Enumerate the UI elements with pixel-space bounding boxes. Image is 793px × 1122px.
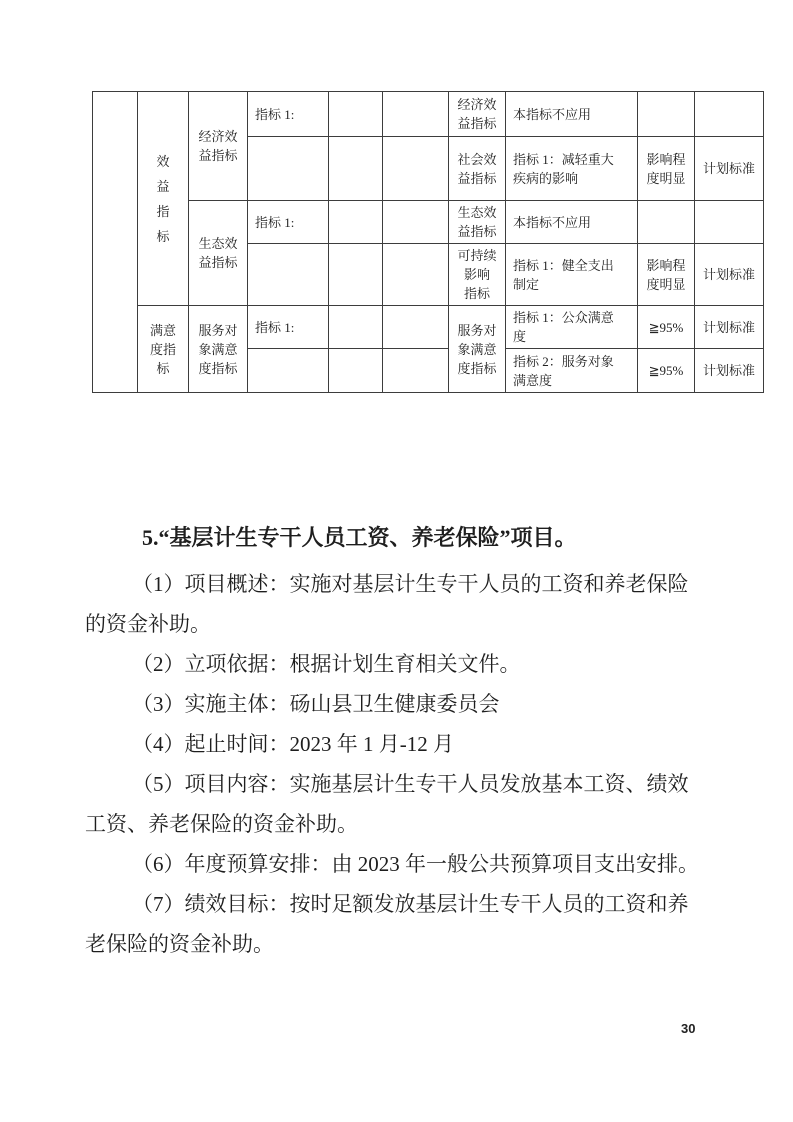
satisfaction2-indicator-value-cell: ≧95% [638, 349, 695, 393]
social-indicator-name-cell: 指标 1：减轻重大 疾病的影响 [506, 137, 638, 201]
empty-cell [383, 92, 449, 137]
empty-cell [329, 349, 383, 393]
satisfaction1-indicator-standard-cell: 计划标准 [695, 306, 764, 349]
social-benefit-subgroup-cell: 社会效 益指标 [449, 137, 506, 201]
benefit-category-cell: 效 益 指 标 [138, 92, 189, 306]
economic-indicator-name-cell: 本指标不应用 [506, 92, 638, 137]
social-indicator-value-cell: 影响程 度明显 [638, 137, 695, 201]
economic-benefit-group-cell: 经济效 益指标 [189, 92, 248, 201]
empty-cell [383, 306, 449, 349]
sustainable-impact-subgroup-cell: 可持续 影响 指标 [449, 244, 506, 306]
ecological-indicator-standard-cell [695, 201, 764, 244]
document-body: 5.“基层计生专干人员工资、养老保险”项目。 （1）项目概述：实施对基层计生专干… [85, 518, 713, 964]
satisfaction2-indicator-name-cell: 指标 2：服务对象 满意度 [506, 349, 638, 393]
sustainable-indicator-standard-cell: 计划标准 [695, 244, 764, 306]
service-satisfaction-subgroup-cell: 服务对 象满意 度指标 [449, 306, 506, 393]
page-number: 30 [681, 1021, 695, 1036]
empty-cell [329, 137, 383, 201]
satisfaction1-indicator-name-cell: 指标 1：公众满意 度 [506, 306, 638, 349]
paragraph-2: （2）立项依据：根据计划生育相关文件。 [85, 644, 713, 684]
paragraph-4: （4）起止时间：2023 年 1 月-12 月 [85, 724, 713, 764]
empty-cell [383, 201, 449, 244]
satisfaction1-indicator-value-cell: ≧95% [638, 306, 695, 349]
satisfaction2-indicator-standard-cell: 计划标准 [695, 349, 764, 393]
empty-cell [383, 244, 449, 306]
empty-cell [329, 92, 383, 137]
document-page: 效 益 指 标 经济效 益指标 指标 1: 经济效 益指标 本指标不应用 社会效… [0, 0, 793, 1122]
empty-cell [329, 244, 383, 306]
performance-indicators-table: 效 益 指 标 经济效 益指标 指标 1: 经济效 益指标 本指标不应用 社会效… [92, 91, 764, 393]
economic-benefit-subgroup-cell: 经济效 益指标 [449, 92, 506, 137]
paragraph-3: （3）实施主体：砀山县卫生健康委员会 [85, 684, 713, 724]
section-heading: 5.“基层计生专干人员工资、养老保险”项目。 [85, 518, 713, 558]
economic-indicator-value-cell [638, 92, 695, 137]
empty-indicator-cell [248, 349, 329, 393]
ecological-benefit-group-cell: 生态效 益指标 [189, 201, 248, 306]
social-indicator-standard-cell: 计划标准 [695, 137, 764, 201]
indicator-1-label-cell: 指标 1: [248, 92, 329, 137]
economic-indicator-standard-cell [695, 92, 764, 137]
sustainable-indicator-name-cell: 指标 1：健全支出 制定 [506, 244, 638, 306]
paragraph-6: （6）年度预算安排：由 2023 年一般公共预算项目支出安排。 [85, 844, 713, 884]
ecological-indicator-name-cell: 本指标不应用 [506, 201, 638, 244]
empty-cell [383, 137, 449, 201]
service-satisfaction-group-cell: 服务对 象满意 度指标 [189, 306, 248, 393]
empty-cell [383, 349, 449, 393]
satisfaction-category-cell: 满意 度指 标 [138, 306, 189, 393]
indicator-1-label-cell: 指标 1: [248, 201, 329, 244]
empty-indicator-cell [248, 244, 329, 306]
table-cell-parent-category-empty [93, 92, 138, 393]
indicator-1-label-cell: 指标 1: [248, 306, 329, 349]
paragraph-5: （5）项目内容：实施基层计生专干人员发放基本工资、绩效 工资、养老保险的资金补助… [85, 764, 713, 844]
ecological-indicator-value-cell [638, 201, 695, 244]
paragraph-7: （7）绩效目标：按时足额发放基层计生专干人员的工资和养 老保险的资金补助。 [85, 884, 713, 964]
sustainable-indicator-value-cell: 影响程 度明显 [638, 244, 695, 306]
empty-indicator-cell [248, 137, 329, 201]
empty-cell [329, 306, 383, 349]
ecological-benefit-subgroup-cell: 生态效 益指标 [449, 201, 506, 244]
empty-cell [329, 201, 383, 244]
paragraph-1: （1）项目概述：实施对基层计生专干人员的工资和养老保险 的资金补助。 [85, 564, 713, 644]
